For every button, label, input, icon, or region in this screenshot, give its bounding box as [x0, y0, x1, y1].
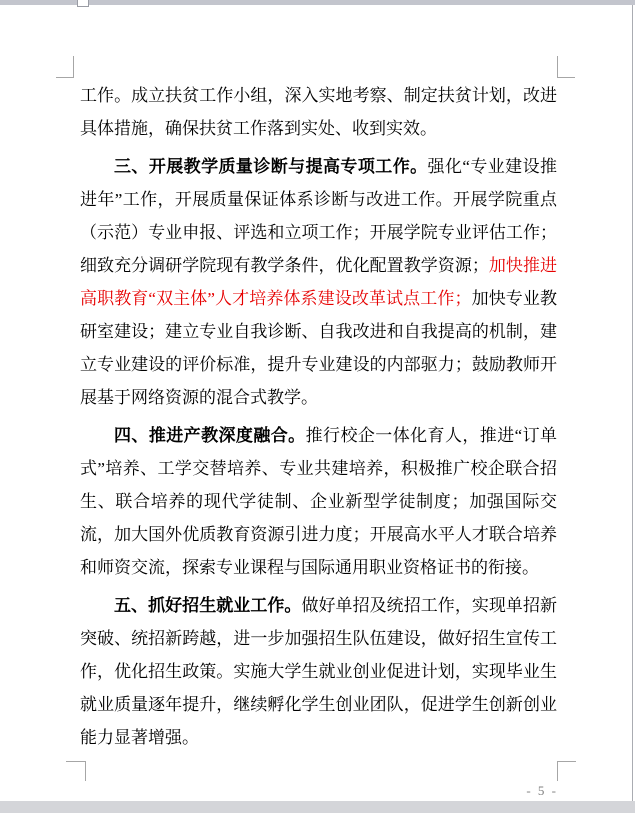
top-edge-notch	[77, 0, 89, 7]
paragraph: 五、抓好招生就业工作。做好单招及统招工作，实现单招新突破、统招新跨越，进一步加强…	[80, 589, 557, 754]
margin-mark-bottom-left	[66, 761, 86, 781]
text-run-normal: 做好单招及统招工作，实现单招新突破、统招新跨越，进一步加强招生队伍建设，做好招生…	[80, 596, 557, 747]
paragraph: 三、开展教学质量诊断与提高专项工作。强化“专业建设推进年”工作，开展质量保证体系…	[80, 150, 557, 414]
margin-mark-bottom-right	[557, 761, 576, 781]
margin-mark-top-left	[56, 56, 74, 78]
window-top-edge	[0, 0, 635, 5]
text-run-bold: 四、推进产教深度融合。	[114, 426, 306, 445]
document-body: 工作。成立扶贫工作小组，深入实地考察、制定扶贫计划，改进具体措施，确保扶贫工作落…	[80, 79, 557, 754]
paragraph: 工作。成立扶贫工作小组，深入实地考察、制定扶贫计划，改进具体措施，确保扶贫工作落…	[80, 79, 557, 145]
text-run-normal: 推行校企一体化育人，推进“订单式”培养、工学交替培养、专业共建培养，积极推广校企…	[80, 426, 557, 577]
text-run-bold: 三、开展教学质量诊断与提高专项工作。	[114, 157, 428, 176]
margin-mark-top-right	[557, 56, 575, 78]
page-right-edge	[632, 5, 633, 801]
paragraph: 四、推进产教深度融合。推行校企一体化育人，推进“订单式”培养、工学交替培养、专业…	[80, 419, 557, 584]
page-number: - 5 -	[526, 783, 558, 799]
text-run-bold: 五、抓好招生就业工作。	[114, 596, 301, 615]
text-run-normal: 工作。成立扶贫工作小组，深入实地考察、制定扶贫计划，改进具体措施，确保扶贫工作落…	[80, 86, 557, 138]
window-bottom-edge	[0, 801, 635, 813]
